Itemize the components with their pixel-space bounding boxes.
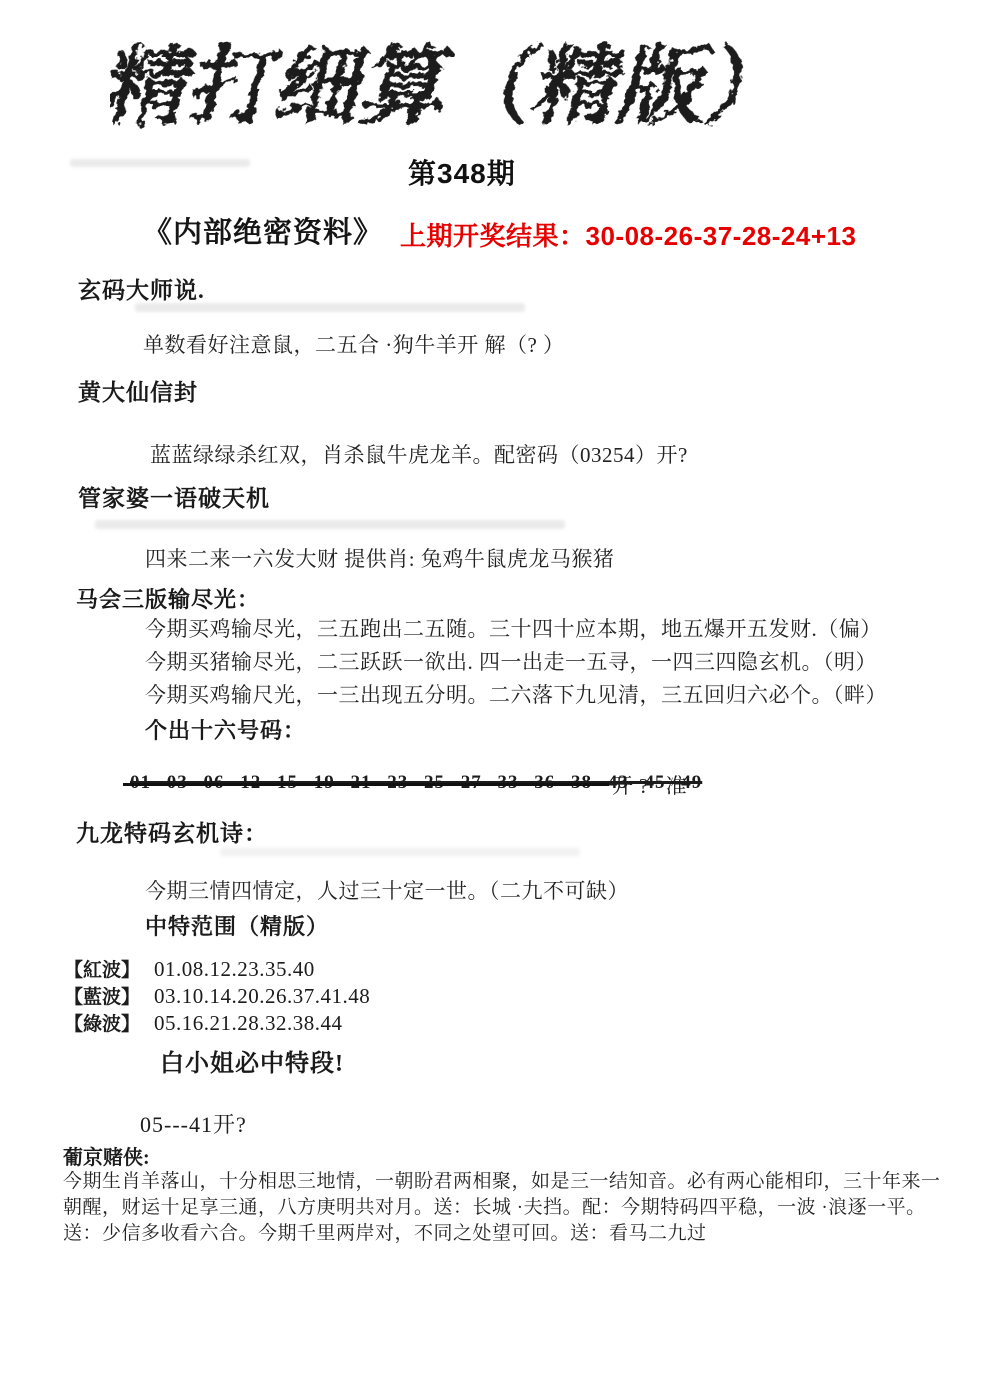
section-body-guanjiapo: 四来二来一六发大财 提供肖: 兔鸡牛鼠虎龙马猴猪	[145, 543, 614, 573]
section-heading-huangdaxian: 黄大仙信封	[78, 374, 198, 407]
pujing-line-3: 送：少信多收看六合。今期千里两岸对，不同之处望可回。送：看马二九过	[63, 1218, 707, 1245]
wave-label-green: 【綠波】	[64, 1014, 140, 1035]
pujing-line-1: 今期生肖羊落山，十分相思三地情，一朝盼君两相聚，如是三一结知音。必有两心能相印，…	[63, 1166, 941, 1193]
mahui-line-2: 今期买猪输尽光，二三跃跃一欲出. 四一出走一五寻，一四三四隐玄机。（明）	[145, 646, 877, 676]
wave-label-blue: 【藍波】	[64, 987, 140, 1008]
section-body-huangdaxian: 蓝蓝绿绿杀红双，肖杀鼠牛虎龙羊。配密码（03254）开?	[150, 439, 688, 469]
last-draw-numbers: 30-08-26-37-28-24+13	[586, 221, 857, 251]
section-body-xuanma: 单数看好注意鼠，二五合 ·狗牛羊开 解（? ）	[143, 329, 565, 359]
tip-sheet-page: 精打细算（精版） 第348期 《内部绝密资料》 上期开奖结果：30-08-26-…	[0, 0, 981, 1388]
last-draw-result: 上期开奖结果：30-08-26-37-28-24+13	[400, 216, 856, 253]
wave-row-blue: 【藍波】03.10.14.20.26.37.41.48	[64, 982, 370, 1009]
wave-label-red: 【紅波】	[64, 960, 140, 981]
section-heading-excluded-numbers: 个出十六号码：	[145, 714, 306, 745]
wave-numbers-blue: 03.10.14.20.26.37.41.48	[154, 984, 370, 1008]
wave-numbers-red: 01.08.12.23.35.40	[154, 957, 315, 981]
wave-numbers-green: 05.16.21.28.32.38.44	[154, 1011, 343, 1035]
section-heading-baixiaojie: 白小姐必中特段!	[160, 1043, 344, 1078]
issue-number: 第348期	[408, 152, 516, 192]
last-draw-label: 上期开奖结果：	[400, 221, 586, 251]
jiulong-poem: 今期三情四情定，人过三十定一世。（二九不可缺）	[145, 875, 629, 905]
wave-row-red: 【紅波】01.08.12.23.35.40	[64, 955, 315, 982]
section-heading-jiulong: 九龙特码玄机诗：	[76, 815, 268, 848]
mahui-line-3: 今期买鸡输尺光，一三出现五分明。二六落下九见清，三五回归六必个。（畔）	[145, 679, 887, 709]
masthead-calligraphy: 精打细算（精版）	[110, 8, 810, 158]
masthead-title-text: 精打细算（精版）	[110, 39, 806, 135]
baixiaojie-value: 05---41开?	[140, 1108, 247, 1139]
excluded-numbers-suffix: 开? 准	[612, 770, 693, 800]
pujing-line-2: 朝醒，财运十足享三通，八方庚明共对月。送：长城 ·夫挡。配：今期特码四平稳，一波…	[63, 1192, 926, 1219]
strikethrough-line	[123, 783, 609, 786]
section-heading-xuanma: 玄码大师说.	[78, 272, 205, 305]
scan-smudge	[70, 159, 250, 167]
scan-smudge	[95, 520, 565, 529]
section-heading-mahui: 马会三版输尽光：	[76, 583, 260, 614]
scan-smudge	[220, 848, 580, 856]
booklet-title: 《内部绝密资料》	[143, 210, 383, 251]
mahui-line-1: 今期买鸡输尽光，三五跑出二五随。三十四十应本期，地五爆开五发财.（偏）	[145, 613, 882, 643]
wave-row-green: 【綠波】05.16.21.28.32.38.44	[64, 1009, 343, 1036]
jiulong-range-heading: 中特范围（精版）	[145, 910, 329, 941]
section-heading-guanjiapo: 管家婆一语破天机	[78, 480, 270, 513]
